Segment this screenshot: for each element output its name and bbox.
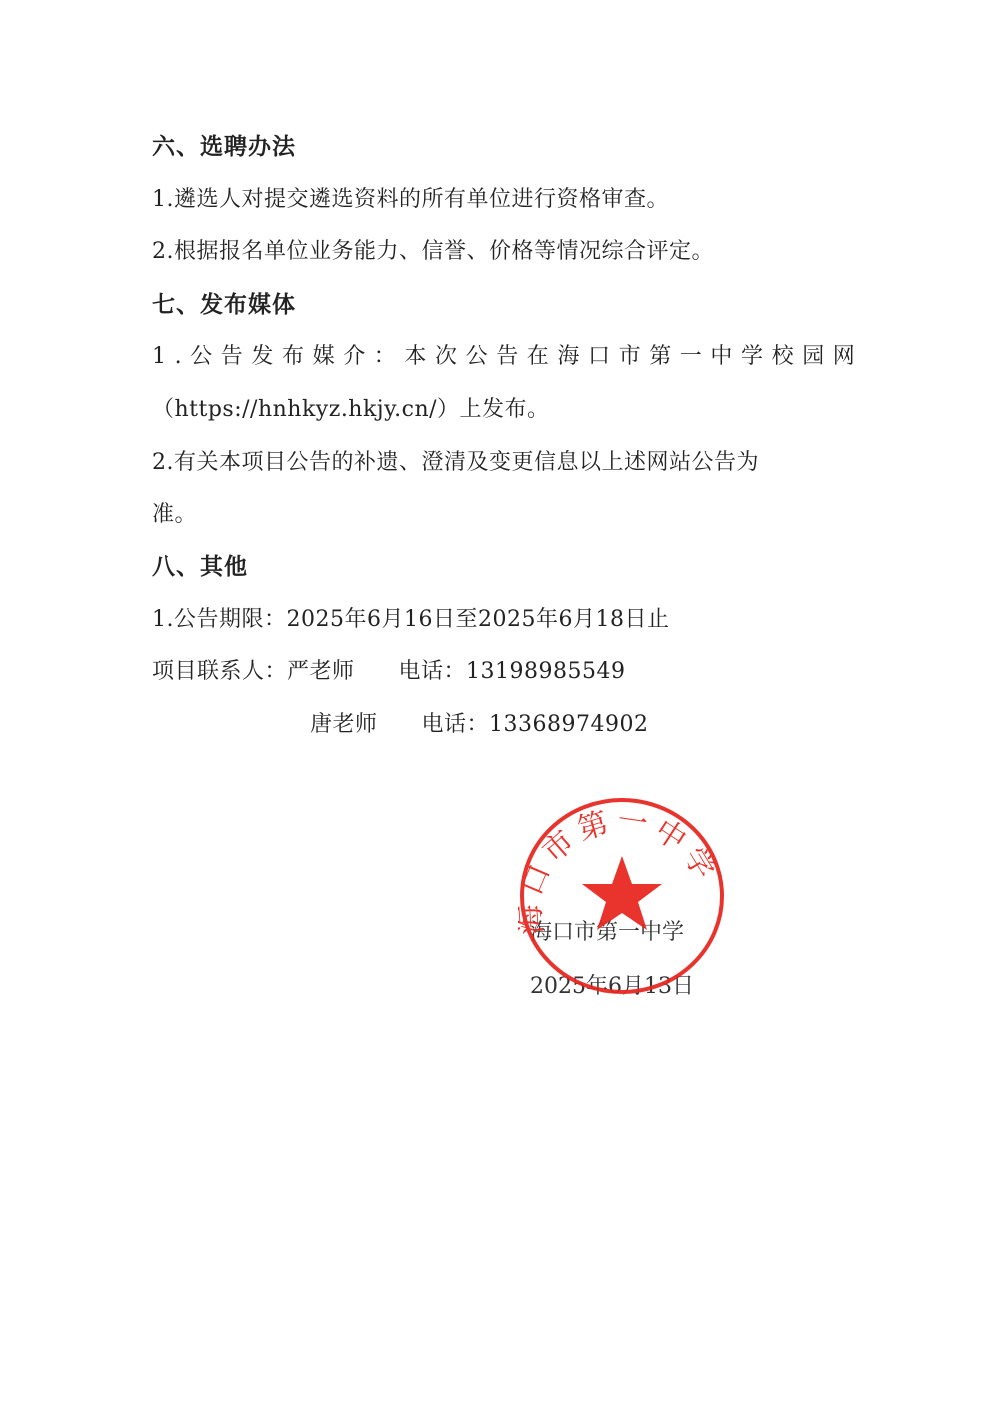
document-page: 六、选聘办法 1.遴选人对提交遴选资料的所有单位进行资格审查。 2.根据报名单位…	[0, 0, 1000, 1415]
phone-label: 电话：	[399, 659, 467, 684]
star-icon	[582, 856, 662, 930]
official-seal: 海口市第一中学	[518, 796, 726, 996]
media-item-1: 1.公告发布媒介：本次公告在海口市第一中学校园网	[152, 342, 863, 372]
phone-number: 13368974902	[489, 712, 648, 737]
phone-number: 13198985549	[466, 659, 625, 684]
section-heading-other: 八、其他	[152, 552, 248, 582]
section-heading-selection-method: 六、选聘办法	[152, 132, 296, 162]
selection-item-1: 1.遴选人对提交遴选资料的所有单位进行资格审查。	[152, 185, 669, 215]
contact-row-1: 项目联系人：严老师电话：13198985549	[152, 657, 626, 687]
contact-name: 唐老师	[310, 712, 378, 737]
contact-name: 严老师	[287, 659, 355, 684]
phone-label: 电话：	[422, 712, 490, 737]
media-item-1-url: （https://hnhkyz.hkjy.cn/）上发布。	[152, 395, 550, 425]
announcement-period: 1.公告期限：2025年6月16日至2025年6月18日止	[152, 605, 669, 635]
media-item-2-cont: 准。	[152, 500, 197, 530]
contact-label: 项目联系人：	[152, 659, 287, 684]
section-heading-publish-media: 七、发布媒体	[152, 290, 296, 320]
media-item-2: 2.有关本项目公告的补遗、澄清及变更信息以上述网站公告为	[152, 448, 759, 478]
selection-item-2: 2.根据报名单位业务能力、信誉、价格等情况综合评定。	[152, 237, 714, 267]
contact-row-2: 唐老师电话：13368974902	[310, 710, 649, 740]
